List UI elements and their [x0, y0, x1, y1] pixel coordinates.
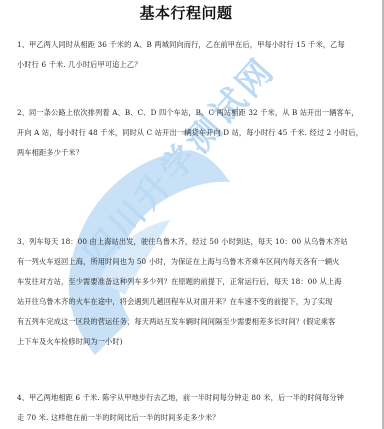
problem-1: 1、甲乙两人同时从相距 36 千米的 A、B 两城同向而行，乙在前甲在后，甲每小…	[17, 35, 362, 75]
problem-text-line: 车发往对方站，至少需要准备这种列车多少列？在原题的前提下，正常运行后，每天 18…	[17, 272, 362, 292]
problem-text-line: 站开往乌鲁木齐的火车在途中，将会遇到几趟回程车从对面开来？在车速不变的前提下，为…	[17, 292, 362, 312]
problem-text-line: 两车相距多少千米？	[17, 143, 362, 163]
document-page: 四川升学测试网 基本行程问题 1、甲乙两人同时从相距 36 千米的 A、B 两城…	[0, 0, 382, 429]
problem-text-line: 走 70 米. 这样他在前一半的时间比后一半的时间多走多少米？	[17, 408, 362, 428]
problem-text-line: 3、列车每天 18：00 由上海站出发，驶往乌鲁木齐，经过 50 小时到达，每天…	[17, 232, 362, 252]
problem-text-line: 有一列火车返回上海，所用时间也为 50 小时，为保证在上海与乌鲁木齐乘车区间内每…	[17, 252, 362, 272]
page-title: 基本行程问题	[0, 2, 372, 23]
problem-text-line: 1、甲乙两人同时从相距 36 千米的 A、B 两城同向而行，乙在前甲在后，甲每小…	[17, 35, 362, 55]
problem-text-line: 开向 A 站，每小时行 48 千米，同时从 C 站开出一辆货车开向 D 站，每小…	[17, 123, 362, 143]
problem-text-line: 有五列车完成这一区段的营运任务，每天两站互发车辆时间间隔至少需要相差多长时间？(…	[17, 312, 362, 332]
problem-text-line: 上下车及火车检修时间为一小时)	[17, 332, 362, 352]
problem-text-line: 4、甲乙两地相距 6 千米. 陈宇从甲地步行去乙地，前一半时间每分钟走 80 米…	[17, 388, 362, 408]
problem-4: 4、甲乙两地相距 6 千米. 陈宇从甲地步行去乙地，前一半时间每分钟走 80 米…	[17, 388, 362, 428]
problem-2: 2、同一条公路上依次排列着 A、B、C、D 四个车站，B、C 两站相距 32 千…	[17, 103, 362, 163]
problem-3: 3、列车每天 18：00 由上海站出发，驶往乌鲁木齐，经过 50 小时到达，每天…	[17, 232, 362, 352]
problem-text-line: 小时行 6 千米. 几小时后甲可追上乙？	[17, 55, 362, 75]
problem-text-line: 2、同一条公路上依次排列着 A、B、C、D 四个车站，B、C 两站相距 32 千…	[17, 103, 362, 123]
